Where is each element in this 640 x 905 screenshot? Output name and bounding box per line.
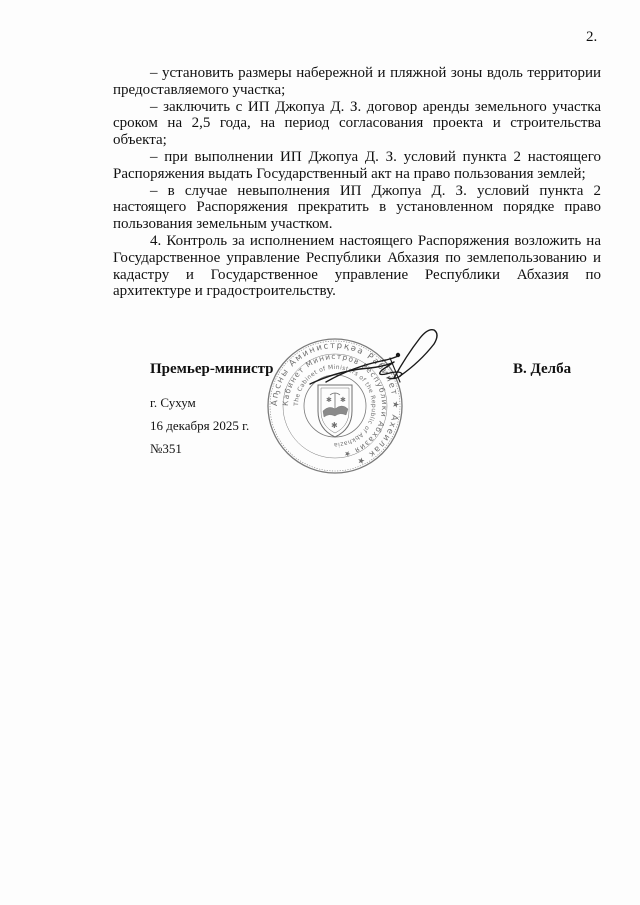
document-number: №351 — [150, 441, 182, 457]
signatory-name: В. Делба — [513, 361, 571, 378]
handwritten-signature — [290, 318, 450, 398]
page-number: 2. — [586, 29, 597, 46]
paragraph-termination: – в случае невыполнения ИП Джопуа Д. З. … — [113, 183, 601, 233]
document-page: 2. – установить размеры набережной и пля… — [0, 0, 640, 905]
issue-date: 16 декабря 2025 г. — [150, 418, 249, 434]
paragraph-control: 4. Контроль за исполнением настоящего Ра… — [113, 233, 601, 300]
document-body: – установить размеры набережной и пляжно… — [113, 65, 601, 300]
signatory-title: Премьер-министр — [150, 361, 274, 378]
paragraph-lease: – заключить с ИП Джопуа Д. З. договор ар… — [113, 99, 601, 149]
issue-city: г. Сухум — [150, 395, 196, 411]
paragraph-state-act: – при выполнении ИП Джопуа Д. З. условий… — [113, 149, 601, 183]
svg-text:✱: ✱ — [331, 421, 338, 430]
paragraph-embankment: – установить размеры набережной и пляжно… — [113, 65, 601, 99]
